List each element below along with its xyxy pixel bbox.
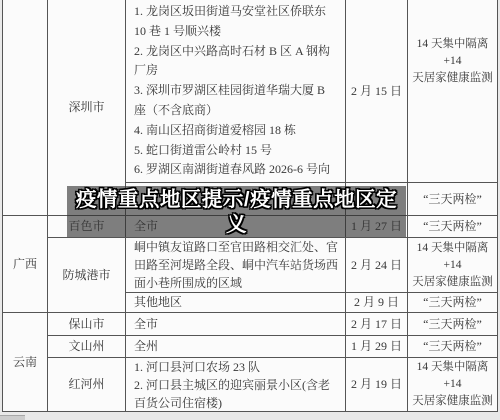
date-cell-shenzhen: 2 月 15 日: [346, 0, 408, 183]
city-cell-wenshan: 文山州: [48, 336, 126, 358]
area-cell-wenshan: 全州: [126, 336, 346, 358]
province-cell-top-empty: [3, 0, 48, 216]
city-cell-shenzhen: 深圳市: [48, 0, 126, 216]
province-cell-guangxi: 广西: [3, 216, 48, 313]
date-cell-baoshan: 2 月 17 日: [346, 313, 408, 336]
measure-cell-shenzhen: 14 天集中隔离+14 天居家健康监测: [408, 0, 498, 183]
date-cell-other: 2 月 9 日: [346, 293, 408, 313]
date-cell-fangchenggang: 2 月 24 日: [346, 238, 408, 293]
measure-cell-hidden: “三天两检”: [408, 183, 498, 216]
city-cell-fangchenggang: 防城港市: [48, 238, 126, 313]
date-cell-wenshan: 1 月 29 日: [346, 336, 408, 358]
measure-cell-fangchenggang: 14 天集中隔离+14 天居家健康监测: [408, 238, 498, 293]
area-cell-fangchenggang: 峒中镇友谊路口至官田路相交汇处、官田路至河堤路全段、峒中汽车站货场西面小巷所围成…: [126, 238, 346, 293]
screen: 广西 云南 深圳市 百色市 防城港市 保山市 文山州 红河州 1. 龙岗区坂田街…: [0, 0, 500, 420]
page-title: 疫情重点地区提示/疫情重点地区定义: [67, 187, 406, 237]
date-cell-honghe: 2 月 19 日: [346, 358, 408, 412]
province-cell-yunnan: 云南: [3, 313, 48, 412]
measure-cell-baoshan: “三天两检”: [408, 313, 498, 336]
measure-cell-wenshan: “三天两检”: [408, 336, 498, 358]
measure-cell-other: “三天两检”: [408, 293, 498, 313]
title-overlay: 疫情重点地区提示/疫情重点地区定义: [67, 186, 406, 237]
measure-cell-baise: “三天两检”: [408, 216, 498, 238]
bottom-left-stub: [0, 415, 25, 420]
area-cell-honghe: 1. 河口县河口农场 23 队 2. 河口县主城区的迎宾丽景小区(含老百货公司住…: [126, 358, 346, 412]
area-cell-shenzhen-list: 1. 龙岗区坂田街道马安堂社区侨联东 10 巷 1 号顺兴楼 2. 龙岗区中兴路…: [126, 0, 346, 183]
city-cell-baoshan: 保山市: [48, 313, 126, 336]
area-cell-baoshan: 全市: [126, 313, 346, 336]
measure-cell-honghe: 14 天集中隔离+14 天居家健康监测: [408, 358, 498, 412]
area-cell-other: 其他地区: [126, 293, 346, 313]
city-cell-honghe: 红河州: [48, 358, 126, 412]
